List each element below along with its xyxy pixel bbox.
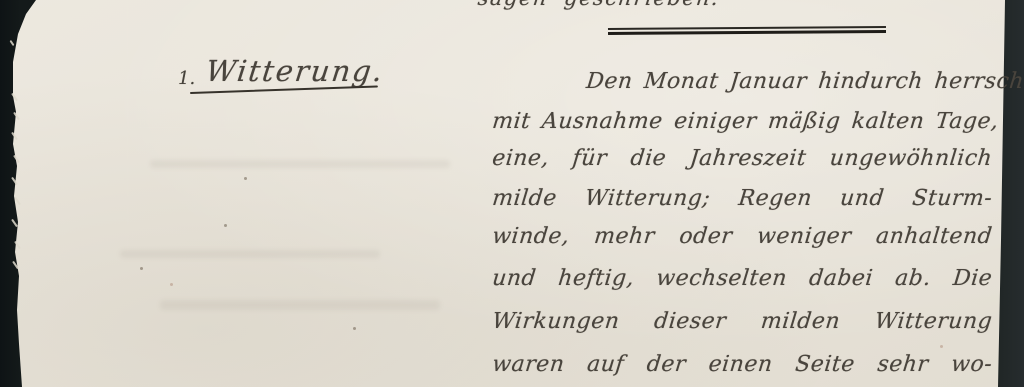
manuscript-line: waren auf der einen Seite sehr wo- [490, 352, 993, 382]
photo-of-manuscript: sagen geschrieben. 1. Witterung. Den Mon… [0, 0, 1024, 387]
ink-speck [353, 327, 356, 330]
manuscript-line: eine, für die Jahreszeit ungewöhnlich [490, 146, 993, 176]
section-heading: Witterung. [204, 54, 386, 88]
show-through-smudge [160, 300, 440, 310]
ink-speck [170, 283, 173, 286]
ink-speck [140, 267, 143, 270]
ink-speck [940, 345, 943, 348]
torn-edge-fibre [11, 219, 18, 228]
section-number: 1. [178, 68, 195, 89]
ink-speck [244, 177, 247, 180]
manuscript-line: winde, mehr oder weniger anhaltend [490, 224, 993, 254]
partial-line-top: sagen geschrieben. [477, 0, 722, 10]
ink-speck [224, 224, 227, 227]
manuscript-line: und heftig, wechselten dabei ab. Die [490, 266, 993, 296]
show-through-smudge [120, 250, 380, 258]
manuscript-line: Den Monat Januar hindurch herrschte [584, 69, 993, 99]
torn-edge-fibre [9, 40, 14, 46]
manuscript-line: milde Witterung; Regen und Sturm- [490, 186, 993, 216]
manuscript-line: mit Ausnahme einiger mäßig kalten Tage, [490, 109, 993, 139]
show-through-smudge [150, 160, 450, 168]
manuscript-line: Wirkungen dieser milden Witterung [490, 309, 993, 339]
